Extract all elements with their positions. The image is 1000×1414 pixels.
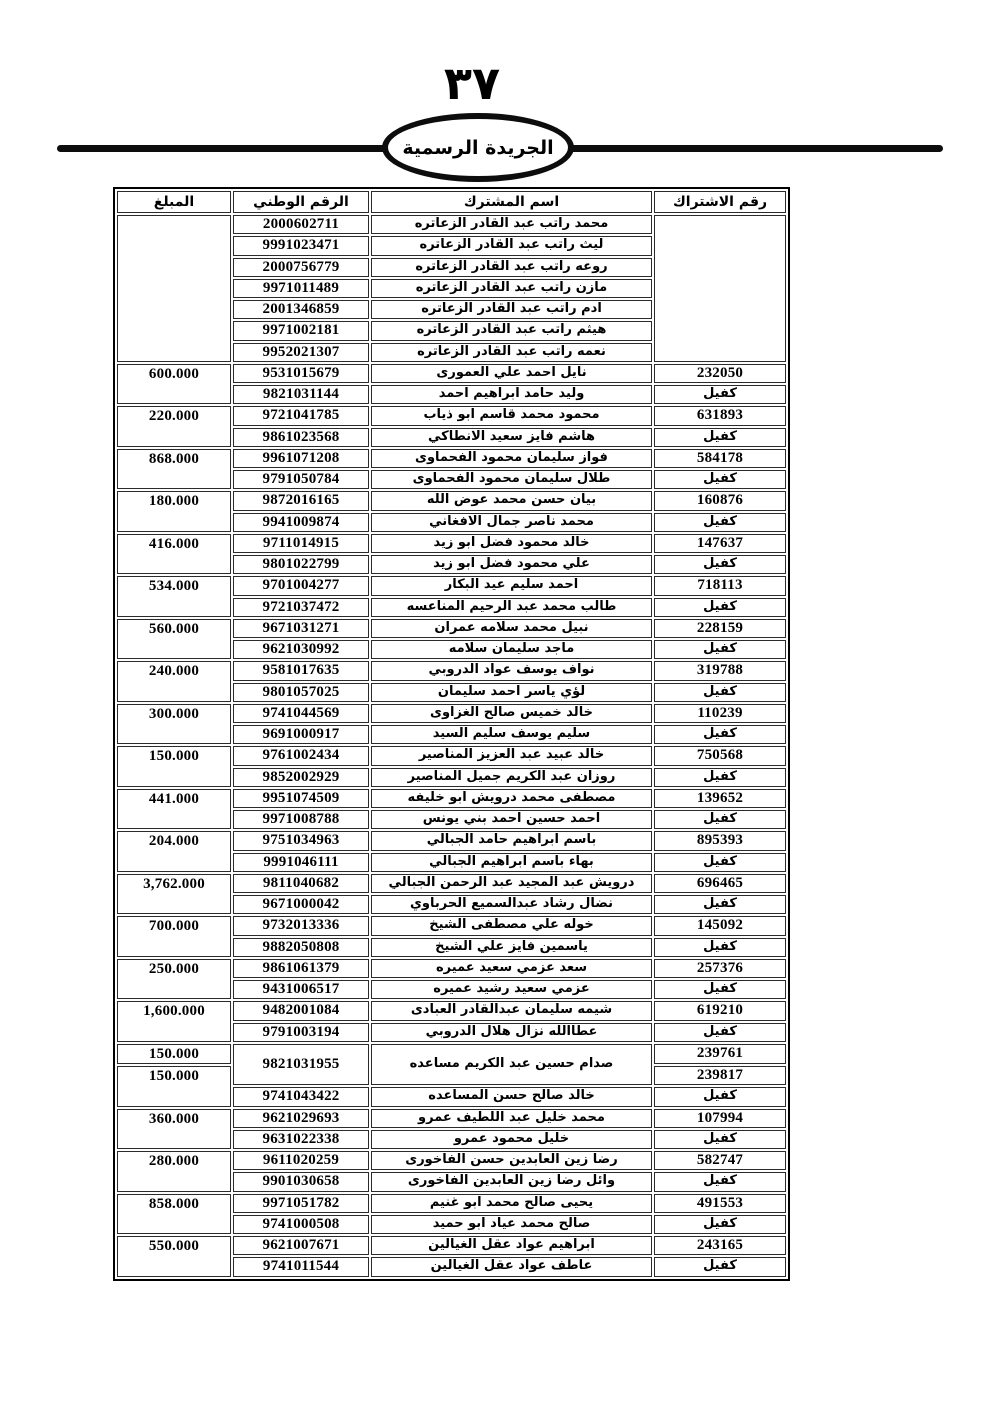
name-cell: عزمي سعيد رشيد عميره xyxy=(371,980,652,999)
name-cell: محمد راتب عبد القادر الزعاتره xyxy=(371,215,652,234)
national-id-cell: 9951074509 xyxy=(233,789,369,808)
kafeel-cell: كفيل xyxy=(654,1215,786,1234)
amount-cell: 550.000 xyxy=(117,1236,231,1277)
name-cell: شيمه سليمان عبدالقادر العبادى xyxy=(371,1001,652,1020)
national-id-cell: 9671031271 xyxy=(233,619,369,638)
name-cell: لؤي ياسر احمد سليمان xyxy=(371,683,652,702)
subscription-cell: 257376 xyxy=(654,959,786,978)
kafeel-cell: كفيل xyxy=(654,725,786,744)
col-header-amount: المبلغ xyxy=(117,191,231,213)
national-id-cell: 9631022338 xyxy=(233,1130,369,1149)
name-cell: هاشم فايز سعيد الانطاكي xyxy=(371,428,652,447)
masthead-title: الجريدة الرسمية xyxy=(402,137,553,159)
subscription-cell xyxy=(654,215,786,362)
amount-cell: 150.000 xyxy=(117,1066,231,1107)
subscription-cell: 228159 xyxy=(654,619,786,638)
name-cell: ماجد سليمان سلامه xyxy=(371,640,652,659)
col-header-subscription: رقم الاشتراك xyxy=(654,191,786,213)
amount-cell: 600.000 xyxy=(117,364,231,405)
kafeel-cell: كفيل xyxy=(654,810,786,829)
national-id-cell: 9791050784 xyxy=(233,470,369,489)
subscription-cell: 107994 xyxy=(654,1109,786,1128)
name-cell: نايل احمد علي العمورى xyxy=(371,364,652,383)
national-id-cell: 9971002181 xyxy=(233,321,369,340)
subscription-cell: 631893 xyxy=(654,406,786,425)
name-cell: محمد خليل عبد اللطيف عمرو xyxy=(371,1109,652,1128)
national-id-cell: 9691000917 xyxy=(233,725,369,744)
table-row: 228159نبيل محمد سلامه عمران9671031271560… xyxy=(117,619,786,638)
amount-cell: 240.000 xyxy=(117,661,231,702)
national-id-cell: 9711014915 xyxy=(233,534,369,553)
table-row: 750568خالد عبيد عبد العزيز المناصير97610… xyxy=(117,746,786,765)
national-id-cell: 9531015679 xyxy=(233,364,369,383)
table-row: 257376سعد عزمي سعيد عميره9861061379250.0… xyxy=(117,959,786,978)
amount-cell: 280.000 xyxy=(117,1151,231,1192)
national-id-cell: 9761002434 xyxy=(233,746,369,765)
name-cell: وليد حامد ابراهيم احمد xyxy=(371,385,652,404)
national-id-cell: 9621029693 xyxy=(233,1109,369,1128)
subscription-cell: 147637 xyxy=(654,534,786,553)
national-id-cell: 9621030992 xyxy=(233,640,369,659)
name-cell: روعه راتب عبد القادر الزعاتره xyxy=(371,258,652,277)
national-id-cell: 9991046111 xyxy=(233,853,369,872)
national-id-cell: 9741043422 xyxy=(233,1087,369,1106)
kafeel-cell: كفيل xyxy=(654,1023,786,1042)
name-cell: علي محمود فضل ابو زيد xyxy=(371,555,652,574)
national-id-cell: 9861061379 xyxy=(233,959,369,978)
amount-cell: 180.000 xyxy=(117,491,231,532)
kafeel-cell: كفيل xyxy=(654,428,786,447)
table-row: 582747رضا زين العابدين حسن الفاخورى96110… xyxy=(117,1151,786,1170)
national-id-cell: 9971051782 xyxy=(233,1194,369,1213)
national-id-cell: 9961071208 xyxy=(233,449,369,468)
national-id-cell: 9952021307 xyxy=(233,343,369,362)
name-cell: خالد صالح حسن المساعده xyxy=(371,1087,652,1106)
amount-cell: 416.000 xyxy=(117,534,231,575)
national-id-cell: 9701004277 xyxy=(233,576,369,595)
name-cell: سعد عزمي سعيد عميره xyxy=(371,959,652,978)
amount-cell: 858.000 xyxy=(117,1194,231,1235)
name-cell: خليل محمود عمرو xyxy=(371,1130,652,1149)
amount-cell: 150.000 xyxy=(117,746,231,787)
table-row: 160876بيان حسن محمد عوض الله987201616518… xyxy=(117,491,786,510)
amount-cell: 700.000 xyxy=(117,916,231,957)
name-cell: ادم راتب عبد القادر الزعاتره xyxy=(371,300,652,319)
col-header-national-id: الرقم الوطني xyxy=(233,191,369,213)
national-id-cell: 2000602711 xyxy=(233,215,369,234)
kafeel-cell: كفيل xyxy=(654,1257,786,1276)
amount-cell: 204.000 xyxy=(117,831,231,872)
header-row: رقم الاشتراك اسم المشترك الرقم الوطني ال… xyxy=(117,191,786,213)
name-cell: محمود محمد قاسم ابو ذياب xyxy=(371,406,652,425)
name-cell: احمد حسين احمد بني يونس xyxy=(371,810,652,829)
subscription-cell: 145092 xyxy=(654,916,786,935)
amount-cell: 441.000 xyxy=(117,789,231,830)
kafeel-cell: كفيل xyxy=(654,683,786,702)
kafeel-cell: كفيل xyxy=(654,768,786,787)
table-row: 718113احمد سليم عيد البكار9701004277534.… xyxy=(117,576,786,595)
name-cell: درويش عبد المجيد عبد الرحمن الجبالي xyxy=(371,874,652,893)
name-cell: نعمه راتب عبد القادر الزعاتره xyxy=(371,343,652,362)
national-id-cell: 9821031144 xyxy=(233,385,369,404)
kafeel-cell: كفيل xyxy=(654,1172,786,1191)
subscription-cell: 139652 xyxy=(654,789,786,808)
national-id-cell: 9732013336 xyxy=(233,916,369,935)
name-cell: نضال رشاد عبدالسميع الحرباوي xyxy=(371,895,652,914)
national-id-cell: 9861023568 xyxy=(233,428,369,447)
table-row: 895393باسم ابراهيم حامد الجبالي975103496… xyxy=(117,831,786,850)
national-id-cell: 9872016165 xyxy=(233,491,369,510)
name-cell: خالد محمود فضل ابو زيد xyxy=(371,534,652,553)
page-number: ٣٧ xyxy=(372,56,572,110)
national-id-cell: 9801022799 xyxy=(233,555,369,574)
kafeel-cell: كفيل xyxy=(654,385,786,404)
national-id-cell: 9791003194 xyxy=(233,1023,369,1042)
table-row: 319788نواف يوسف عواد الدروبي958101763524… xyxy=(117,661,786,680)
national-id-cell: 9482001084 xyxy=(233,1001,369,1020)
name-cell: ليث راتب عبد القادر الزعاتره xyxy=(371,236,652,255)
national-id-cell: 9991023471 xyxy=(233,236,369,255)
subscription-cell: 160876 xyxy=(654,491,786,510)
amount-cell: 250.000 xyxy=(117,959,231,1000)
name-cell: باسم ابراهيم حامد الجبالي xyxy=(371,831,652,850)
name-cell: طلال سليمان محمود الفحماوى xyxy=(371,470,652,489)
name-cell: عاطف عواد عقل الغيالين xyxy=(371,1257,652,1276)
name-cell: ياسمين فايز علي الشيخ xyxy=(371,938,652,957)
national-id-cell: 9431006517 xyxy=(233,980,369,999)
national-id-cell: 9671000042 xyxy=(233,895,369,914)
amount-cell xyxy=(117,215,231,362)
name-cell: مصطفى محمد درويش ابو خليفه xyxy=(371,789,652,808)
subscription-cell: 582747 xyxy=(654,1151,786,1170)
table-row: 696465درويش عبد المجيد عبد الرحمن الجبال… xyxy=(117,874,786,893)
subscription-cell: 696465 xyxy=(654,874,786,893)
subscription-cell: 619210 xyxy=(654,1001,786,1020)
kafeel-cell: كفيل xyxy=(654,640,786,659)
name-cell: يحيى صالح محمد ابو غنيم xyxy=(371,1194,652,1213)
national-id-cell: 9821031955 xyxy=(233,1044,369,1086)
name-cell: هيثم راتب عبد القادر الزعاتره xyxy=(371,321,652,340)
name-cell: طالب محمد عبد الرحيم المناعسه xyxy=(371,598,652,617)
amount-cell: 220.000 xyxy=(117,406,231,447)
amount-cell: 868.000 xyxy=(117,449,231,490)
name-cell: وائل رضا زين العابدين الفاخورى xyxy=(371,1172,652,1191)
subscription-cell: 243165 xyxy=(654,1236,786,1255)
national-id-cell: 9971011489 xyxy=(233,279,369,298)
table-row: 584178فواز سليمان محمود الفحماوى99610712… xyxy=(117,449,786,468)
kafeel-cell: كفيل xyxy=(654,1130,786,1149)
col-header-name: اسم المشترك xyxy=(371,191,652,213)
name-cell: خالد خميس صالح الغزاوى xyxy=(371,704,652,723)
table-header: رقم الاشتراك اسم المشترك الرقم الوطني ال… xyxy=(117,191,786,213)
subscription-cell: 232050 xyxy=(654,364,786,383)
subscribers-table: رقم الاشتراك اسم المشترك الرقم الوطني ال… xyxy=(113,187,790,1281)
national-id-cell: 9882050808 xyxy=(233,938,369,957)
national-id-cell: 2001346859 xyxy=(233,300,369,319)
national-id-cell: 9852002929 xyxy=(233,768,369,787)
national-id-cell: 2000756779 xyxy=(233,258,369,277)
subscription-cell: 750568 xyxy=(654,746,786,765)
national-id-cell: 9621007671 xyxy=(233,1236,369,1255)
kafeel-cell: كفيل xyxy=(654,938,786,957)
name-cell: احمد سليم عيد البكار xyxy=(371,576,652,595)
national-id-cell: 9611020259 xyxy=(233,1151,369,1170)
subscription-cell: 110239 xyxy=(654,704,786,723)
national-id-cell: 9741011544 xyxy=(233,1257,369,1276)
subscription-cell: 584178 xyxy=(654,449,786,468)
kafeel-cell: كفيل xyxy=(654,470,786,489)
name-cell: بهاء باسم ابراهيم الجبالي xyxy=(371,853,652,872)
name-cell: مازن راتب عبد القادر الزعاتره xyxy=(371,279,652,298)
kafeel-cell: كفيل xyxy=(654,598,786,617)
subscription-cell: 718113 xyxy=(654,576,786,595)
name-cell: فواز سليمان محمود الفحماوى xyxy=(371,449,652,468)
name-cell: رضا زين العابدين حسن الفاخورى xyxy=(371,1151,652,1170)
amount-cell: 300.000 xyxy=(117,704,231,745)
name-cell: صالح محمد عياد ابو حميد xyxy=(371,1215,652,1234)
amount-cell: 1,600.000 xyxy=(117,1001,231,1042)
subscription-cell: 895393 xyxy=(654,831,786,850)
subscription-cell: 491553 xyxy=(654,1194,786,1213)
kafeel-cell: كفيل xyxy=(654,980,786,999)
amount-cell: 360.000 xyxy=(117,1109,231,1150)
amount-cell: 150.000 xyxy=(117,1044,231,1064)
table-row: 145092خوله علي مصطفى الشيخ9732013336700.… xyxy=(117,916,786,935)
national-id-cell: 9721037472 xyxy=(233,598,369,617)
table-row: 491553يحيى صالح محمد ابو غنيم99710517828… xyxy=(117,1194,786,1213)
subscription-cell: 239761 xyxy=(654,1044,786,1064)
name-cell: خوله علي مصطفى الشيخ xyxy=(371,916,652,935)
national-id-cell: 9811040682 xyxy=(233,874,369,893)
national-id-cell: 9801057025 xyxy=(233,683,369,702)
kafeel-cell: كفيل xyxy=(654,853,786,872)
name-cell: نواف يوسف عواد الدروبي xyxy=(371,661,652,680)
national-id-cell: 9751034963 xyxy=(233,831,369,850)
name-cell: خالد عبيد عبد العزيز المناصير xyxy=(371,746,652,765)
amount-cell: 560.000 xyxy=(117,619,231,660)
name-cell: عطاالله نزال هلال الدروبي xyxy=(371,1023,652,1042)
kafeel-cell: كفيل xyxy=(654,513,786,532)
kafeel-cell: كفيل xyxy=(654,555,786,574)
national-id-cell: 9581017635 xyxy=(233,661,369,680)
national-id-cell: 9941009874 xyxy=(233,513,369,532)
name-cell: سليم يوسف سليم السيد xyxy=(371,725,652,744)
name-cell: نبيل محمد سلامه عمران xyxy=(371,619,652,638)
table-row: 619210شيمه سليمان عبدالقادر العبادى94820… xyxy=(117,1001,786,1020)
masthead-badge: الجريدة الرسمية xyxy=(382,113,574,182)
name-cell: محمد ناصر جمال الافغاني xyxy=(371,513,652,532)
kafeel-cell: كفيل xyxy=(654,895,786,914)
national-id-cell: 9741000508 xyxy=(233,1215,369,1234)
national-id-cell: 9741044569 xyxy=(233,704,369,723)
amount-cell: 3,762.000 xyxy=(117,874,231,915)
name-cell: بيان حسن محمد عوض الله xyxy=(371,491,652,510)
table-row: 147637خالد محمود فضل ابو زيد971101491541… xyxy=(117,534,786,553)
table-row: 107994محمد خليل عبد اللطيف عمرو962102969… xyxy=(117,1109,786,1128)
table-row: 110239خالد خميس صالح الغزاوى974104456930… xyxy=(117,704,786,723)
name-cell: روزان عبد الكريم جميل المناصير xyxy=(371,768,652,787)
kafeel-cell: كفيل xyxy=(654,1087,786,1106)
national-id-cell: 9721041785 xyxy=(233,406,369,425)
name-cell: صدام حسين عبد الكريم مساعده xyxy=(371,1044,652,1086)
subscription-cell: 239817 xyxy=(654,1066,786,1085)
national-id-cell: 9971008788 xyxy=(233,810,369,829)
table-row: محمد راتب عبد القادر الزعاتره2000602711 xyxy=(117,215,786,234)
table-row: 139652مصطفى محمد درويش ابو خليفه99510745… xyxy=(117,789,786,808)
amount-cell: 534.000 xyxy=(117,576,231,617)
table-row: 243165ابراهيم عواد عقل الغيالين962100767… xyxy=(117,1236,786,1255)
subscription-cell: 319788 xyxy=(654,661,786,680)
subscribers-table-body: محمد راتب عبد القادر الزعاتره2000602711ل… xyxy=(117,215,786,1277)
table-row: 232050نايل احمد علي العمورى9531015679600… xyxy=(117,364,786,383)
national-id-cell: 9901030658 xyxy=(233,1172,369,1191)
table-row: 239761صدام حسين عبد الكريم مساعده9821031… xyxy=(117,1044,786,1064)
table-row: 631893محمود محمد قاسم ابو ذياب9721041785… xyxy=(117,406,786,425)
name-cell: ابراهيم عواد عقل الغيالين xyxy=(371,1236,652,1255)
